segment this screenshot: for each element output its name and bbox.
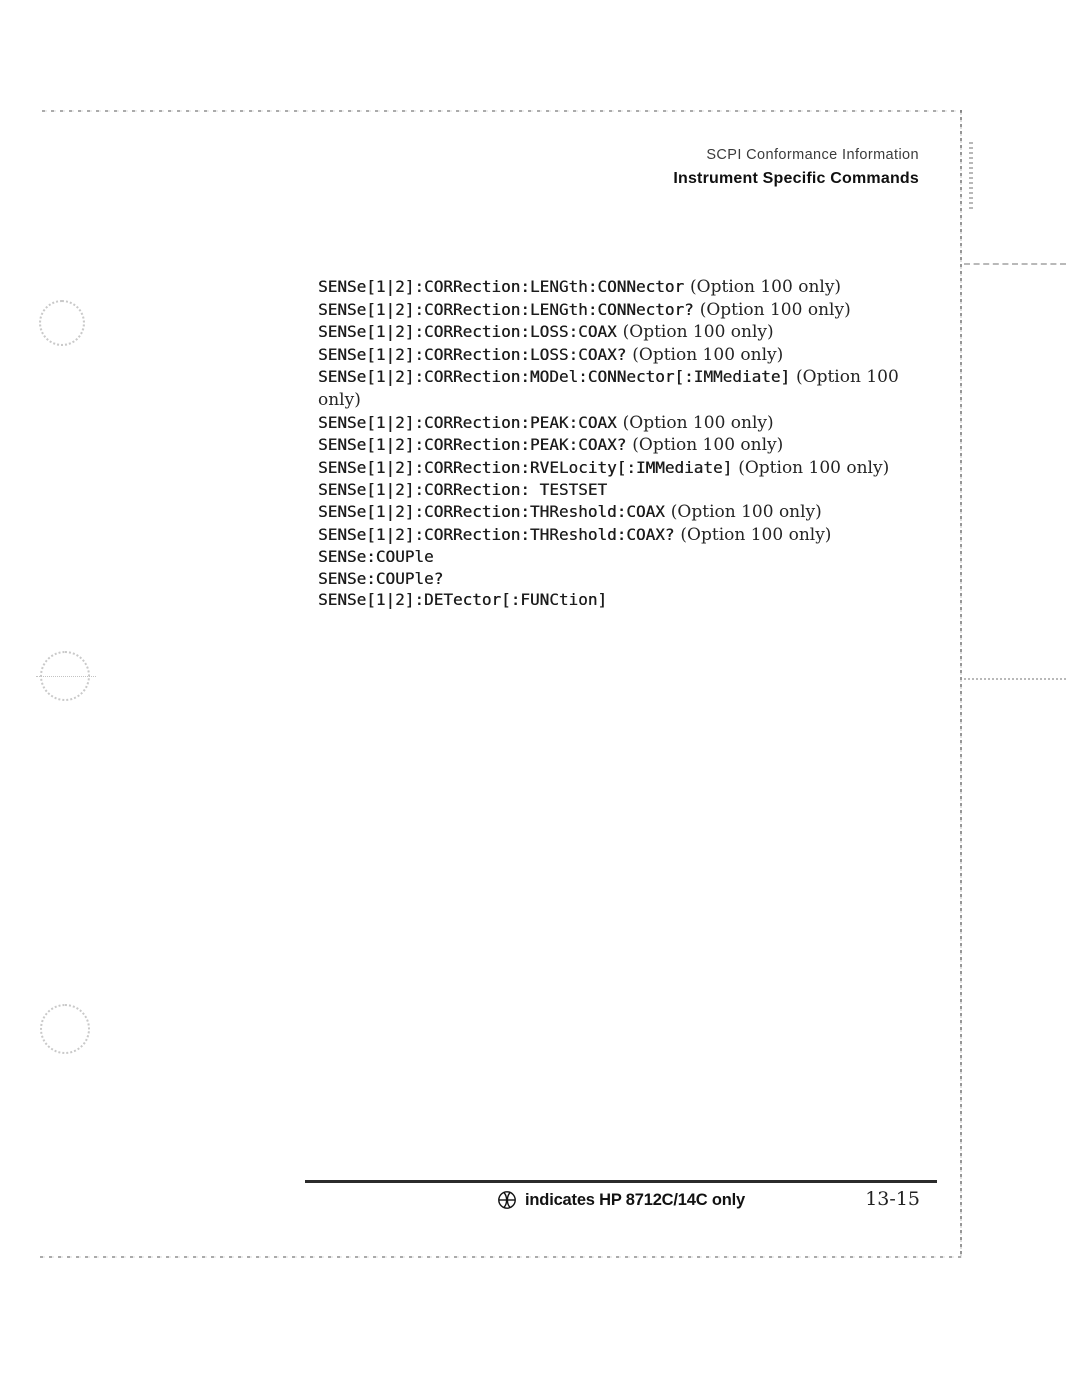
command-code: SENSe[1|2]:CORRection:THReshold:COAX? (318, 525, 674, 544)
command-note: (Option 100 only) (632, 345, 783, 365)
command-line: SENSe[1|2]:CORRection:LENGth:CONNector(O… (318, 276, 920, 299)
top-page-edge-line (42, 110, 962, 112)
margin-dash-mark-1 (964, 263, 1066, 265)
command-line: SENSe[1|2]:DETector[:FUNCtion] (318, 589, 920, 611)
punch-hole-circle-2 (40, 651, 90, 701)
page-number: 13-15 (865, 1188, 920, 1210)
footer-indicator-text: indicates HP 8712C/14C only (525, 1191, 745, 1210)
command-line: SENSe[1|2]:CORRection:LENGth:CONNector?(… (318, 299, 920, 322)
command-code: SENSe:COUPle (318, 547, 434, 566)
command-note: (Option 100 only) (671, 502, 822, 522)
command-line: SENSe:COUPle (318, 546, 920, 568)
command-line: SENSe[1|2]:CORRection:LOSS:COAX(Option 1… (318, 321, 920, 344)
command-line: SENSe[1|2]:CORRection:PEAK:COAX(Option 1… (318, 412, 920, 435)
command-code: SENSe[1|2]:CORRection:LOSS:COAX (318, 322, 617, 341)
margin-dash-mark-2 (964, 678, 1066, 680)
command-note: (Option 100 only) (690, 277, 841, 297)
page-header: SCPI Conformance Information Instrument … (673, 147, 919, 188)
command-code: SENSe[1|2]:CORRection:LOSS:COAX? (318, 345, 626, 364)
hp-indicator-wheel-icon (497, 1190, 517, 1210)
command-line: SENSe[1|2]:CORRection:RVELocity[:IMMedia… (318, 457, 920, 480)
chapter-title: SCPI Conformance Information (673, 147, 919, 163)
command-line: SENSe[1|2]:CORRection:PEAK:COAX?(Option … (318, 434, 920, 457)
punch-hole-circle-3 (40, 1004, 90, 1054)
punch-hole-chord-line (36, 676, 96, 677)
command-code: SENSe[1|2]:CORRection:PEAK:COAX (318, 413, 617, 432)
command-code: SENSe[1|2]:CORRection:PEAK:COAX? (318, 435, 626, 454)
footer-note: indicates HP 8712C/14C only (305, 1190, 937, 1210)
command-code: SENSe[1|2]:DETector[:FUNCtion] (318, 590, 607, 609)
command-code: SENSe:COUPle? (318, 569, 443, 588)
command-note: (Option 100 only) (738, 458, 889, 478)
command-note: (Option 100 only) (680, 525, 831, 545)
command-note: (Option 100 only) (632, 435, 783, 455)
command-code: SENSe[1|2]:CORRection:LENGth:CONNector (318, 277, 684, 296)
punch-hole-circle-1 (39, 300, 85, 346)
command-line: SENSe[1|2]:CORRection:THReshold:COAX(Opt… (318, 501, 920, 524)
command-note: (Option 100 only) (623, 322, 774, 342)
command-code: SENSe[1|2]:CORRection:RVELocity[:IMMedia… (318, 458, 732, 477)
scanned-manual-page: SCPI Conformance Information Instrument … (0, 0, 1080, 1397)
command-line: SENSe[1|2]:CORRection: TESTSET (318, 479, 920, 501)
edge-print-marks (969, 142, 973, 212)
bottom-page-edge-line (40, 1256, 962, 1258)
command-code: SENSe[1|2]:CORRection:MODel:CONNector[:I… (318, 367, 790, 386)
command-line: SENSe[1|2]:CORRection:MODel:CONNector[:I… (318, 366, 920, 411)
command-line: SENSe[1|2]:CORRection:THReshold:COAX?(Op… (318, 524, 920, 547)
command-code: SENSe[1|2]:CORRection: TESTSET (318, 480, 607, 499)
command-line: SENSe[1|2]:CORRection:LOSS:COAX?(Option … (318, 344, 920, 367)
right-page-edge-line (960, 110, 962, 1258)
section-title: Instrument Specific Commands (673, 170, 919, 188)
command-line: SENSe:COUPle? (318, 568, 920, 590)
command-note: (Option 100 only) (623, 413, 774, 433)
command-note: (Option 100 only) (700, 300, 851, 320)
command-code: SENSe[1|2]:CORRection:LENGth:CONNector? (318, 300, 694, 319)
footer-rule (305, 1180, 937, 1183)
command-list: SENSe[1|2]:CORRection:LENGth:CONNector(O… (318, 276, 920, 611)
command-code: SENSe[1|2]:CORRection:THReshold:COAX (318, 502, 665, 521)
